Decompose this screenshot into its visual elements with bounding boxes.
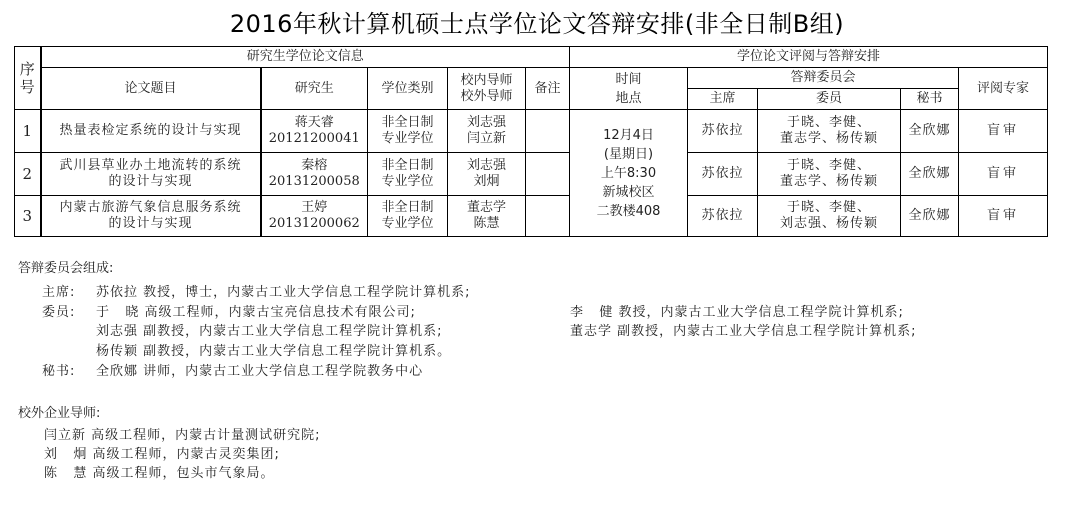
- external-heading: 校外企业导师:: [18, 404, 100, 424]
- header-members: 委员: [758, 89, 901, 110]
- row-secretary: 全欣娜: [901, 153, 959, 196]
- defense-schedule-table: 序 号 研究生学位论文信息 学位论文评阅与答辩安排 论文题目 研究生 学位类别 …: [14, 46, 1048, 237]
- row-reviewer: 盲审: [959, 196, 1048, 237]
- header-group-review: 学位论文评阅与答辩安排: [570, 47, 1048, 68]
- member-entry: 于 晓 高级工程师，内蒙古宝亮信息技术有限公司;: [96, 303, 416, 323]
- student-id: 20131200062: [262, 216, 368, 232]
- table-row: 2 武川县草业办土地流转的系统 的设计与实现 秦榕 20131200058 非全…: [15, 153, 1048, 196]
- committee-heading: 答辩委员会组成:: [18, 259, 113, 279]
- row-advisors: 董志学 陈慧: [448, 196, 526, 237]
- header-secretary: 秘书: [901, 89, 959, 110]
- row-thesis-title: 热量表检定系统的设计与实现: [41, 110, 261, 153]
- header-notes: 备注: [526, 68, 570, 110]
- row-student: 王婷 20131200062: [261, 196, 368, 237]
- row-thesis-title: 内蒙古旅游气象信息服务系统 的设计与实现: [41, 196, 261, 237]
- student-id: 20121200041: [262, 131, 368, 147]
- external-advisor-entry: 闫立新 高级工程师，内蒙古计量测试研究院;: [44, 426, 321, 446]
- row-student: 蒋天睿 20121200041: [261, 110, 368, 153]
- secretary-label: 秘书:: [42, 362, 75, 382]
- secretary-entry: 全欣娜 讲师，内蒙古工业大学信息工程学院教务中心: [96, 362, 423, 382]
- member-entry: 刘志强 副教授，内蒙古工业大学信息工程学院计算机系;: [96, 322, 443, 342]
- members-label: 委员:: [42, 303, 75, 323]
- header-seq: 序 号: [15, 47, 41, 110]
- row-degree-type: 非全日制 专业学位: [368, 110, 448, 153]
- row-degree-type: 非全日制 专业学位: [368, 153, 448, 196]
- student-name: 蒋天睿: [262, 115, 368, 131]
- chair-entry: 苏依拉 教授，博士，内蒙古工业大学信息工程学院计算机系;: [96, 283, 471, 303]
- member-entry: 董志学 副教授，内蒙古工业大学信息工程学院计算机系;: [570, 322, 917, 342]
- row-thesis-title: 武川县草业办土地流转的系统 的设计与实现: [41, 153, 261, 196]
- row-notes: [526, 110, 570, 153]
- row-seq: 3: [15, 196, 41, 237]
- row-members: 于晓、李健、 刘志强、杨传颖: [758, 196, 901, 237]
- external-advisor-entry: 刘 炯 高级工程师，内蒙古灵奕集团;: [44, 445, 280, 465]
- header-thesis-title: 论文题目: [41, 68, 261, 110]
- member-entry: 杨传颖 副教授，内蒙古工业大学信息工程学院计算机系。: [96, 342, 451, 362]
- external-advisor-entry: 陈 慧 高级工程师，包头市气象局。: [44, 464, 275, 484]
- member-entry: 李 健 教授，内蒙古工业大学信息工程学院计算机系;: [570, 303, 904, 323]
- student-name: 秦榕: [262, 158, 368, 174]
- student-name: 王婷: [262, 200, 368, 216]
- header-chair: 主席: [688, 89, 758, 110]
- row-notes: [526, 196, 570, 237]
- student-id: 20131200058: [262, 174, 368, 190]
- row-secretary: 全欣娜: [901, 196, 959, 237]
- page-title: 2016年秋计算机硕士点学位论文答辩安排(非全日制B组): [0, 8, 1074, 40]
- header-student: 研究生: [261, 68, 368, 110]
- table-row: 3 内蒙古旅游气象信息服务系统 的设计与实现 王婷 20131200062 非全…: [15, 196, 1048, 237]
- header-group-info: 研究生学位论文信息: [41, 47, 570, 68]
- row-notes: [526, 153, 570, 196]
- time-place-cell: 12月4日 (星期日) 上午8:30 新城校区 二教楼408: [570, 110, 688, 237]
- header-time-place: 时间 地点: [570, 68, 688, 110]
- row-seq: 2: [15, 153, 41, 196]
- row-reviewer: 盲审: [959, 110, 1048, 153]
- row-advisors: 刘志强 刘炯: [448, 153, 526, 196]
- header-reviewer: 评阅专家: [959, 68, 1048, 110]
- row-student: 秦榕 20131200058: [261, 153, 368, 196]
- row-secretary: 全欣娜: [901, 110, 959, 153]
- row-members: 于晓、李健、 董志学、杨传颖: [758, 110, 901, 153]
- row-degree-type: 非全日制 专业学位: [368, 196, 448, 237]
- row-seq: 1: [15, 110, 41, 153]
- row-chair: 苏依拉: [688, 196, 758, 237]
- row-advisors: 刘志强 闫立新: [448, 110, 526, 153]
- header-degree-type: 学位类别: [368, 68, 448, 110]
- row-chair: 苏依拉: [688, 110, 758, 153]
- table-row: 1 热量表检定系统的设计与实现 蒋天睿 20121200041 非全日制 专业学…: [15, 110, 1048, 153]
- row-reviewer: 盲审: [959, 153, 1048, 196]
- row-chair: 苏依拉: [688, 153, 758, 196]
- header-committee: 答辩委员会: [688, 68, 959, 89]
- chair-label: 主席:: [42, 283, 75, 303]
- header-advisors: 校内导师 校外导师: [448, 68, 526, 110]
- row-members: 于晓、李健、 董志学、杨传颖: [758, 153, 901, 196]
